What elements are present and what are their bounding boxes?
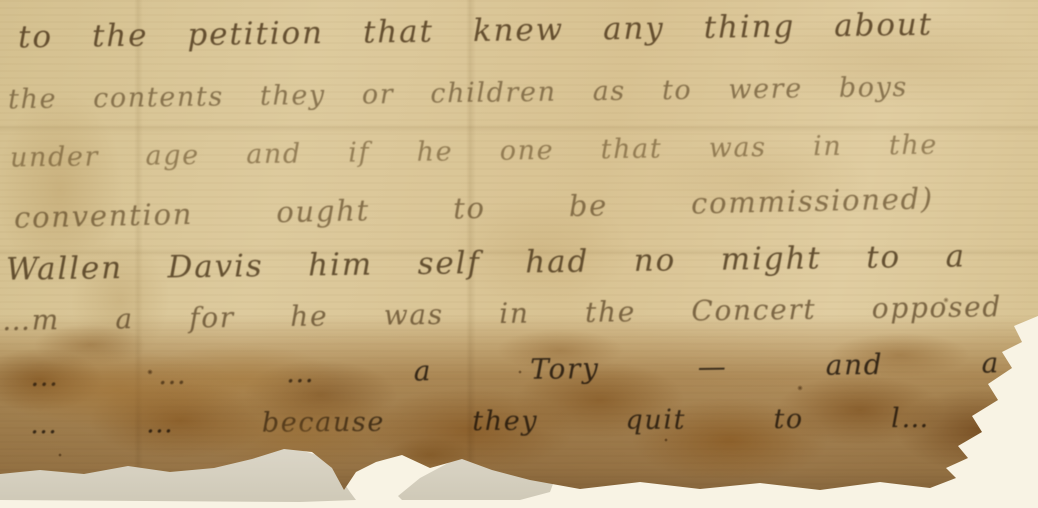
manuscript-scan: to the petition that knew any thing abou… xyxy=(0,0,1038,508)
paper-sheet: to the petition that knew any thing abou… xyxy=(0,0,1038,508)
foxing-specks xyxy=(0,0,1038,508)
